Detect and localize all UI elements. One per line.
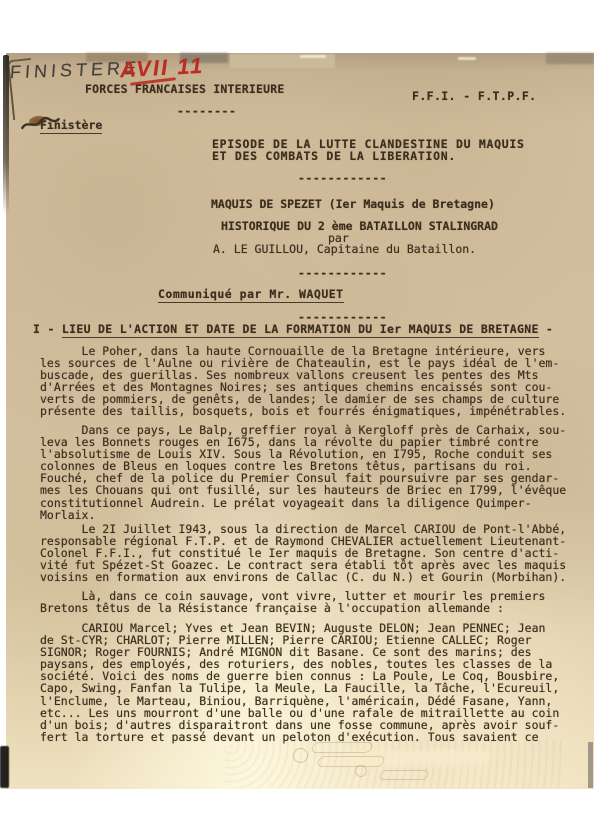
section-heading-suffix: - [539,322,553,336]
separator-dashes: ------------ [298,267,387,279]
separator-dashes: ------------ [298,172,387,184]
paragraph-coin-sauvage: Là, dans ce coin sauvage, vont vivre, lu… [40,590,545,614]
communique-text: Communiqué par Mr. WAQUET [158,287,344,303]
section-heading-text: LIEU DE L'ACTION ET DATE DE LA FORMATION… [62,322,539,338]
document-page: FINISTERE AVII 11 FORCES FRANCAISES INTE… [0,0,594,840]
paper-scratch [458,57,476,60]
organization-title: FORCES FRANCAISES INTERIEURE [85,83,284,95]
paragraph-formation-maquis: Le 2I Juillet I943, sous la direction de… [40,523,566,583]
paragraph-liste-resistants: CARIOU Marcel; Yves et Jean BEVIN; Augus… [40,622,559,743]
showthrough-ring [293,748,308,763]
separator-dashes: -------- [177,105,236,117]
document-title: EPISODE DE LA LUTTE CLANDESTINE DU MAQUI… [212,138,525,163]
subtitle-maquis-line: MAQUIS DE SPEZET (Ier Maquis de Bretagne… [211,198,495,210]
department-label: Finistère [40,119,102,131]
subtitle-author-line: A. LE GUILLOU, Capitaine du Bataillon. [213,243,476,255]
paragraph-le-poher: Le Poher, dans la haute Cornouaille de l… [40,345,566,418]
showthrough-bar [378,770,429,780]
organization-abbreviations: F.F.I. - F.T.P.F. [412,90,537,102]
section-numeral: I - [33,322,62,336]
department-label-text: Finistère [40,118,102,134]
paper-scratch [300,55,326,58]
communique-line: Communiqué par Mr. WAQUET [158,288,344,300]
paragraph-histoire-bretonne: Dans ce pays, Le Balp, greffier royal à … [40,424,566,521]
showthrough-bar [316,756,386,767]
right-edge-shadow [588,742,593,788]
bottom-left-ink-mark [0,746,9,788]
section-heading: I - LIEU DE L'ACTION ET DATE DE LA FORMA… [33,323,553,335]
subtitle-historique-line: HISTORIQUE DU 2 ème BATAILLON STALINGRAD [221,220,498,232]
top-edge-smudge [546,53,594,64]
